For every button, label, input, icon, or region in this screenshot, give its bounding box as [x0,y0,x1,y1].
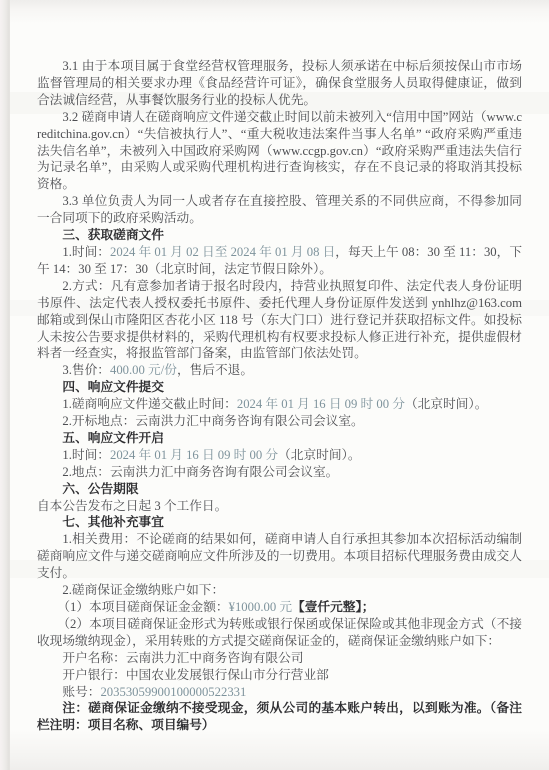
account-name-line: 开户名称：云南洪力汇中商务咨询有限公司 [37,650,522,667]
deposit-amount-value: ¥1000.00 元 [229,600,292,614]
open-time-rest: （北京时间）。 [278,448,360,462]
section-4-deadline: 1.磋商响应文件递交截止时间：2024 年 01 月 16 日 09 时 00 … [37,396,522,413]
time-value: 2024 年 01 月 02 日至 2024 年 01 月 08 日 [110,245,335,259]
account-number-label: 账号： [62,685,100,699]
clause-3-2: 3.2 磋商申请人在磋商响应文件递交截止时间以前未被列入“信用中国”网站（www… [37,109,522,194]
section-5-heading: 五、响应文件开启 [37,430,522,447]
deadline-value: 2024 年 01 月 16 日 09 时 00 分 [237,397,405,411]
time-label: 1.时间： [62,245,110,259]
section-7-fees: 1.相关费用：不论磋商的结果如何，磋商申请人自行承担其参加本次招标活动编制磋商响… [37,531,522,582]
section-3-method: 2.方式：凡有意参加者请于报名时段内，持营业执照复印件、法定代表人身份证明书原件… [37,278,522,363]
deposit-note: 注：磋商保证金缴纳不接受现金，须从公司的基本账户转出，以到账为准。（备注栏注明：… [37,700,522,734]
deadline-label: 1.磋商响应文件递交截止时间： [62,397,236,411]
deposit-amount-words: 【壹仟元整】； [292,600,374,614]
announcement-text-block: 3.1 由于本项目属于食堂经营权管理服务，投标人须承诺在中标后须按保山市市场监督… [37,58,522,734]
account-number-value: 20353059900100000522331 [100,685,246,699]
section-4-place: 2.开标地点：云南洪力汇中商务咨询有限公司会议室。 [37,413,522,430]
open-time-value: 2024 年 01 月 16 日 09 时 00 分 [110,448,278,462]
section-3-time: 1.时间：2024 年 01 月 02 日至 2024 年 01 月 08 日，… [37,244,522,278]
section-6-body: 自本公告发布之日起 3 个工作日。 [37,498,522,515]
section-4-heading: 四、响应文件提交 [37,379,522,396]
price-label: 3.售价： [62,363,110,377]
account-bank-line: 开户银行：中国农业发展银行保山市分行营业部 [37,667,522,684]
section-6-heading: 六、公告期限 [37,481,522,498]
deposit-amount-label: （1）本项目磋商保证金金额： [57,600,228,614]
deposit-amount-line: （1）本项目磋商保证金金额：¥1000.00 元【壹仟元整】； [37,599,522,616]
open-time-label: 1.时间： [62,448,110,462]
account-name-label: 开户名称： [62,651,125,665]
account-number-line: 账号：20353059900100000522331 [37,684,522,701]
section-5-place: 2.地点：云南洪力汇中商务咨询有限公司会议室。 [37,464,522,481]
account-name-value: 云南洪力汇中商务咨询有限公司 [126,651,304,665]
section-7-heading: 七、其他补充事宜 [37,514,522,531]
scanned-document-page: 3.1 由于本项目属于食堂经营权管理服务，投标人须承诺在中标后须按保山市市场监督… [0,0,549,770]
account-bank-value: 中国农业发展银行保山市分行营业部 [126,668,329,682]
clause-3-1: 3.1 由于本项目属于食堂经营权管理服务，投标人须承诺在中标后须按保山市市场监督… [37,58,522,109]
deposit-form-line: （2）本项目磋商保证金形式为转账或银行保函或保证保险或其他非现金方式（不接收现场… [37,616,522,650]
account-bank-label: 开户银行： [62,668,125,682]
price-rest: ，售后不退。 [177,363,253,377]
section-7-deposit-intro: 2.磋商保证金缴纳账户如下： [37,582,522,599]
section-3-price: 3.售价：400.00 元/份，售后不退。 [37,362,522,379]
section-5-time: 1.时间：2024 年 01 月 16 日 09 时 00 分（北京时间）。 [37,447,522,464]
deadline-rest: （北京时间）。 [405,397,487,411]
scan-left-edge [0,0,10,770]
clause-3-3: 3.3 单位负责人为同一人或者存在直接控股、管理关系的不同供应商，不得参加同一合… [37,193,522,227]
price-value: 400.00 元/份 [110,363,177,377]
section-3-heading: 三、获取磋商文件 [37,227,522,244]
